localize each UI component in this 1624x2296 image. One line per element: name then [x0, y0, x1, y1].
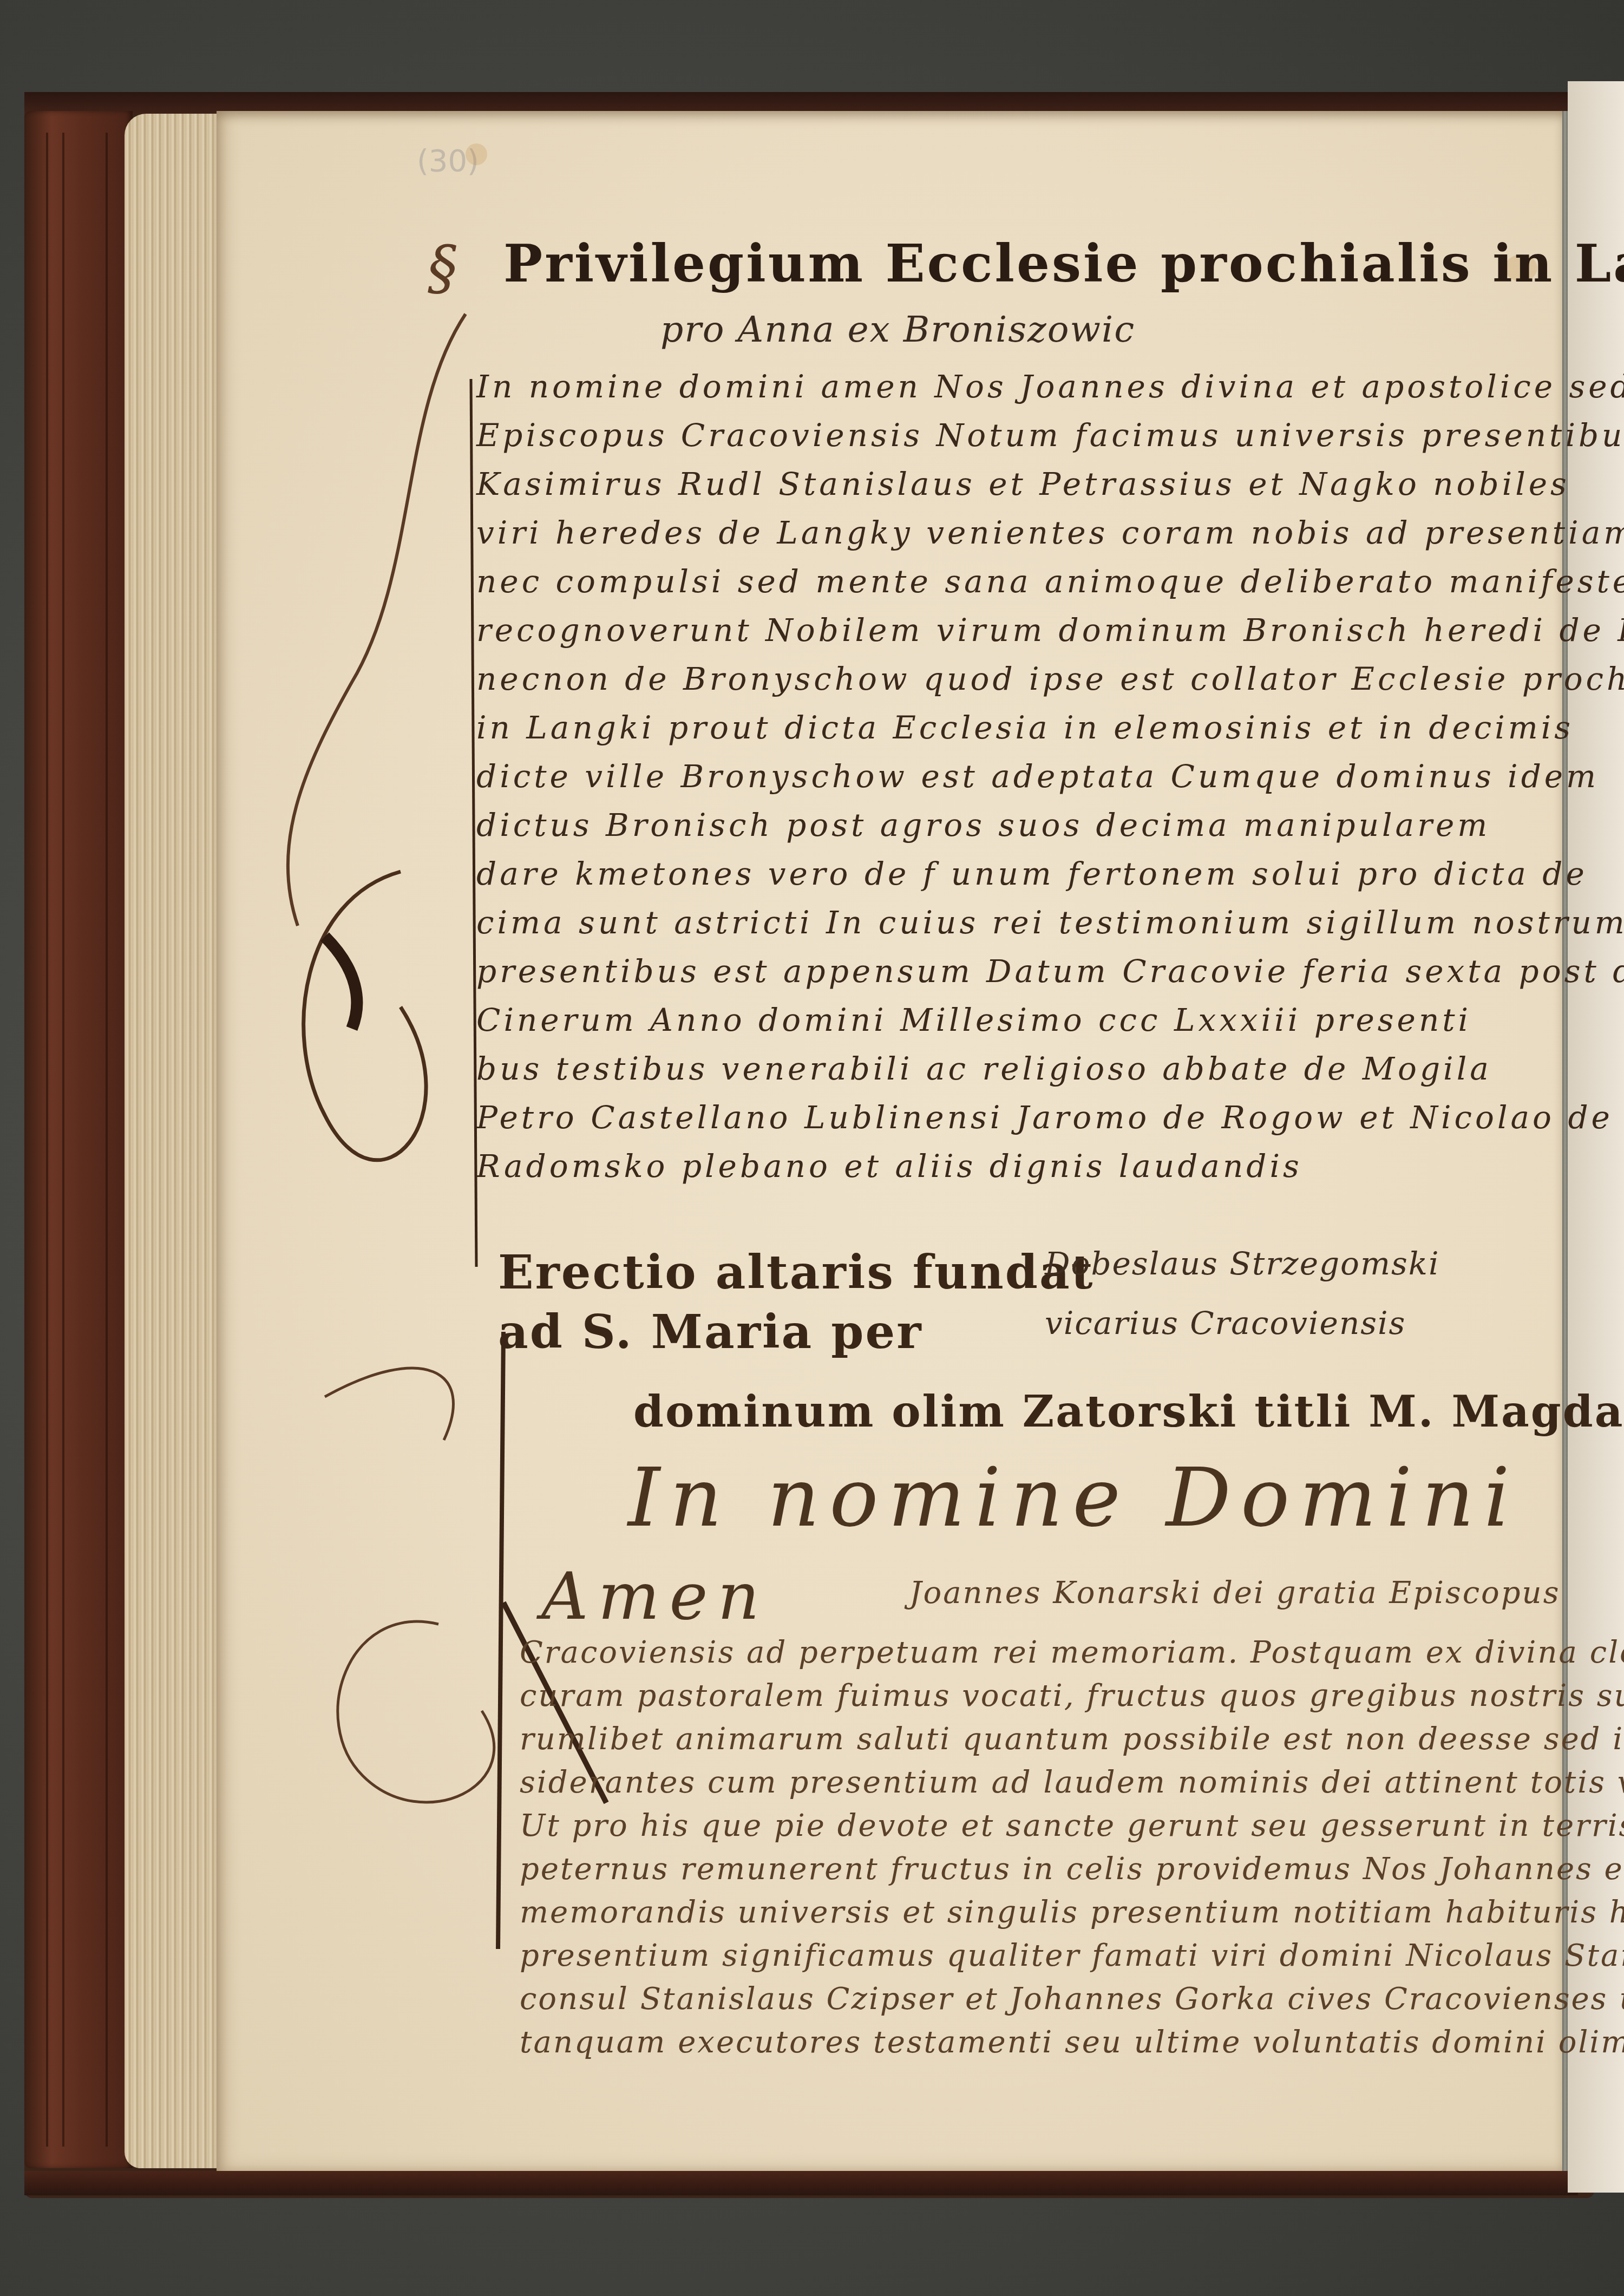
text-line: viri heredes de Langky venientes coram n…	[476, 514, 1624, 551]
stain	[466, 143, 487, 165]
text-line: Cracoviensis ad perpetuam rei memoriam. …	[520, 1635, 1624, 1670]
text-line: presentium significamus qualiter famati …	[520, 1938, 1624, 1973]
text-line: siderantes cum presentium ad laudem nomi…	[520, 1765, 1624, 1800]
text-line: Ut pro his que pie devote et sancte geru…	[520, 1808, 1624, 1843]
text-line: rumlibet animarum saluti quantum possibi…	[520, 1722, 1624, 1757]
text-line: nec compulsi sed mente sana animoque del…	[476, 563, 1624, 600]
text-line: dictus Bronisch post agros suos decima m…	[476, 807, 1490, 843]
entry2-heading: Erectio altaris fundat	[498, 1245, 1094, 1300]
opening-in-nomine: In nomine Domini	[628, 1451, 1520, 1545]
text-line: peternus remunerent fructus in celis pro…	[520, 1852, 1624, 1887]
text-line: consul Stanislaus Czipser et Johannes Go…	[520, 1981, 1624, 2017]
leather-binding-bottom	[24, 2171, 1578, 2195]
entry2-name-line: dominum olim Zatorski titli M. Magda	[633, 1386, 1624, 1437]
text-line: Cinerum Anno domini Millesimo ccc Lxxxii…	[476, 1002, 1471, 1038]
entry-title: Privilegium Ecclesie prochialis in Langk…	[503, 233, 1624, 294]
opening-amen: Amen	[541, 1559, 769, 1634]
leather-binding-spine	[24, 111, 133, 2168]
entry-subtitle: pro Anna ex Broniszowic	[660, 309, 1135, 350]
text-line: curam pastoralem fuimus vocati, fructus …	[520, 1678, 1624, 1713]
tooled-line	[62, 133, 64, 2147]
tooled-line	[46, 133, 48, 2147]
text-line: cima sunt astricti In cuius rei testimon…	[476, 904, 1624, 941]
text-line: Episcopus Cracoviensis Notum facimus uni…	[476, 417, 1624, 454]
text-line: recognoverunt Nobilem virum dominum Bron…	[476, 612, 1624, 649]
text-line: Petro Castellano Lublinensi Jaromo de Ro…	[476, 1099, 1613, 1136]
text-line: in Langki prout dicta Ecclesia in elemos…	[476, 709, 1574, 746]
text-line: Kasimirus Rudl Stanislaus et Petrassius …	[476, 466, 1570, 502]
leather-binding-top	[24, 92, 1578, 114]
margin-mark: §	[428, 233, 459, 302]
initial-flourish	[238, 303, 509, 1386]
text-line: Radomsko plebano et aliis dignis laudand…	[476, 1148, 1302, 1185]
text-line: In nomine domini amen Nos Joannes divina…	[476, 368, 1624, 405]
text-line: dicte ville Bronyschow est adeptata Cumq…	[476, 758, 1599, 795]
text-line: memorandis universis et singulis present…	[520, 1895, 1624, 1930]
side-note: vicarius Cracoviensis	[1045, 1305, 1406, 1342]
text-line: bus testibus venerabili ac religioso abb…	[476, 1050, 1492, 1087]
text-line: tanquam executores testamenti seu ultime…	[520, 2025, 1624, 2060]
text-line: dare kmetones vero de f unum fertonem so…	[476, 855, 1588, 892]
tooled-line	[106, 133, 108, 2147]
text-line: Joannes Konarski dei gratia Episcopus	[909, 1575, 1560, 1611]
side-note: Dobeslaus Strzegomski	[1045, 1245, 1439, 1282]
text-line: necnon de Bronyschow quod ipse est colla…	[476, 660, 1624, 697]
text-line: presentibus est appensum Datum Cracovie …	[476, 953, 1624, 990]
